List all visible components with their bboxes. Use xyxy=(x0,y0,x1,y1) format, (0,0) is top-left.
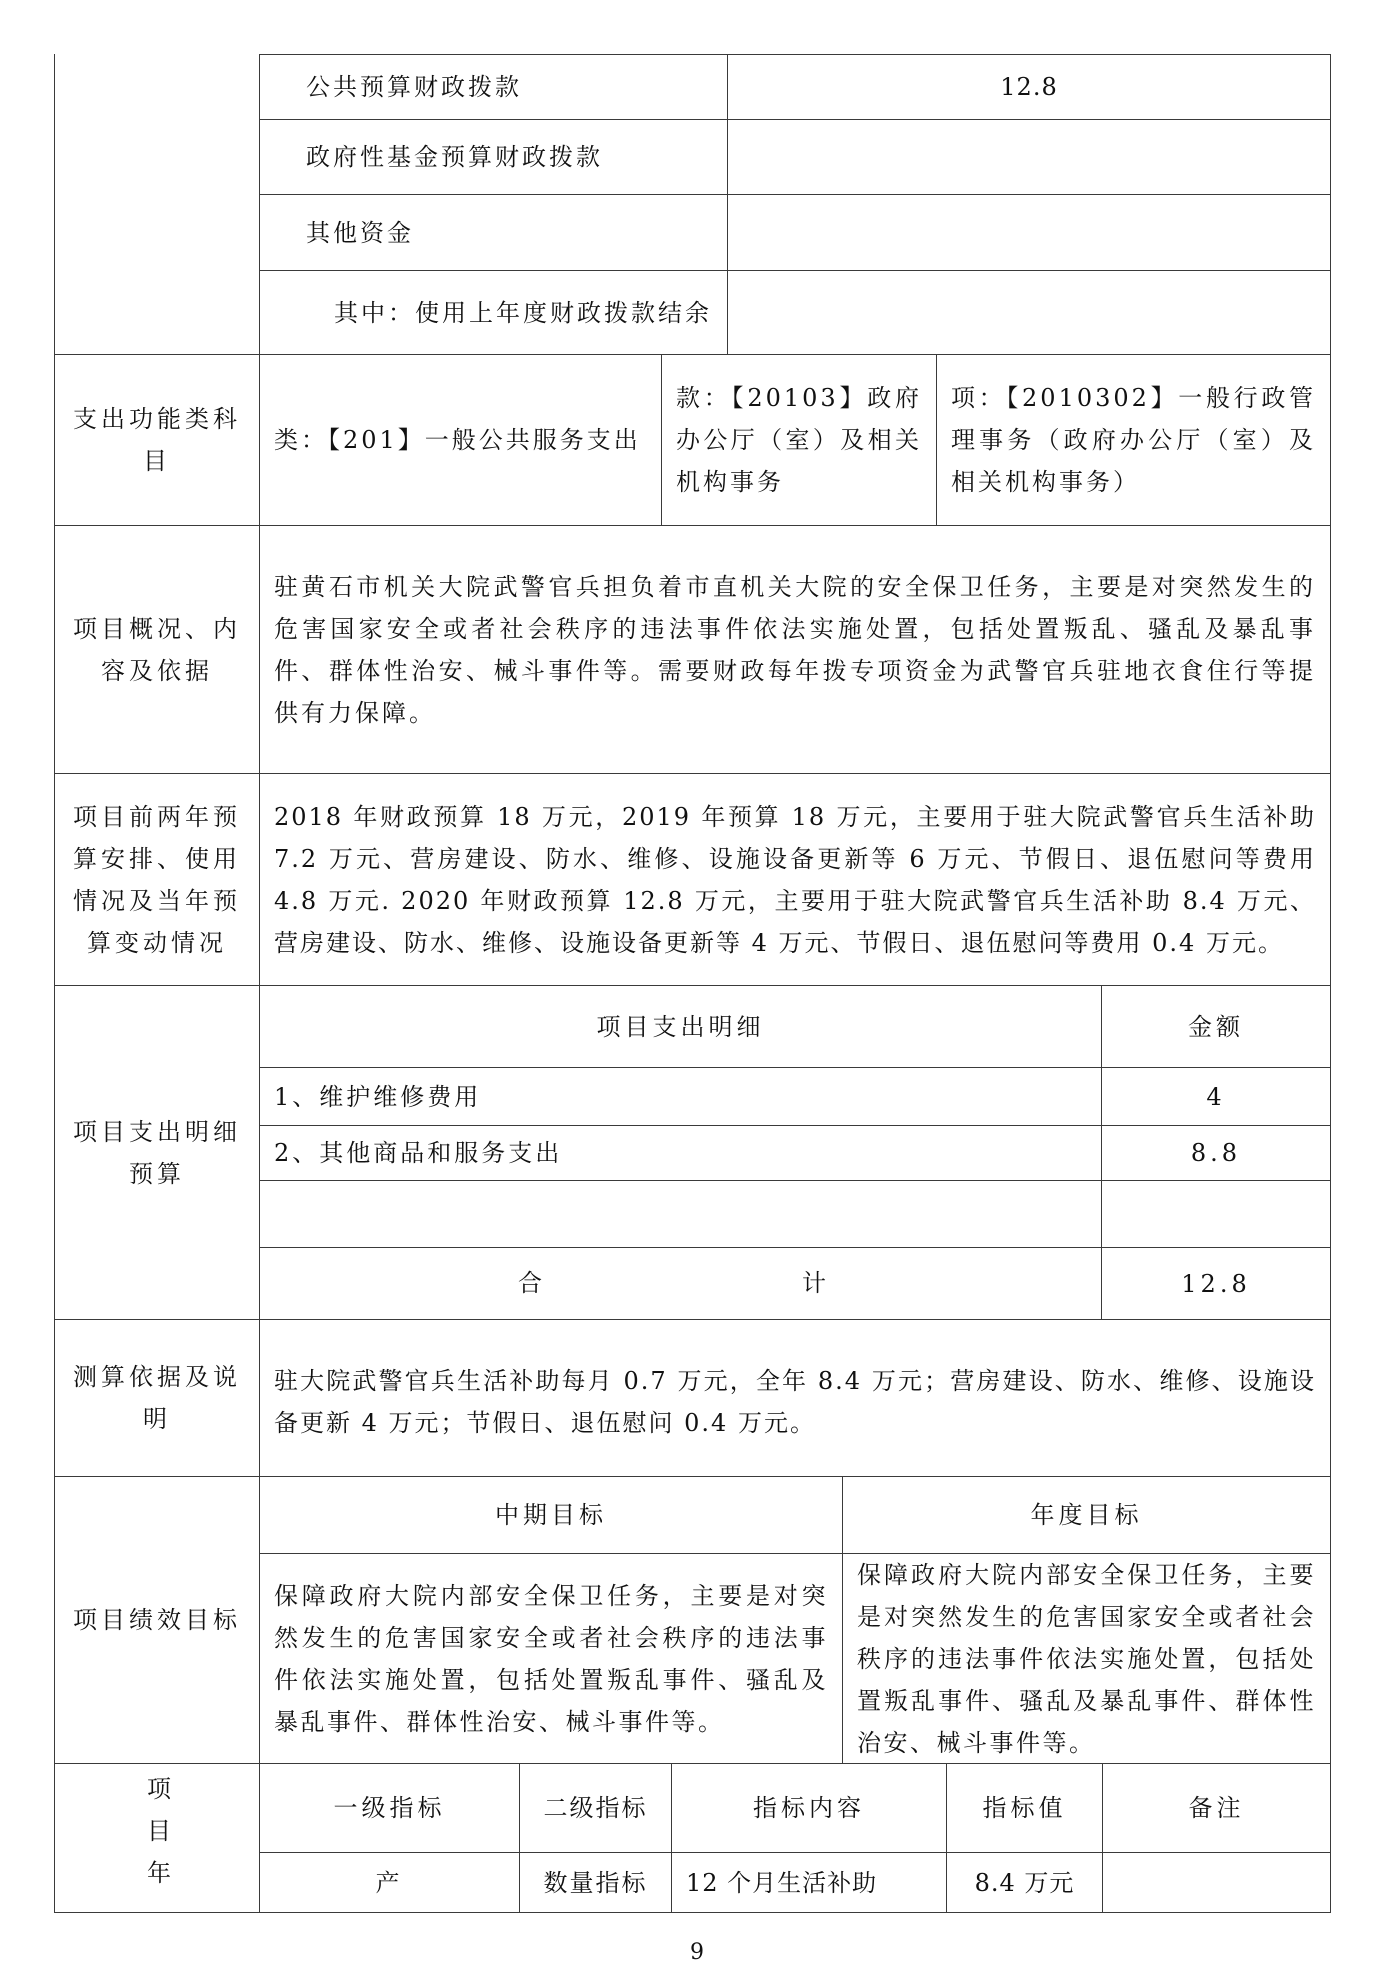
function-category-lei-cell: 类：【201】一般公共服务支出 xyxy=(259,354,662,526)
funding-value: 12.8 xyxy=(1000,66,1057,108)
history-text-cell: 2018 年财政预算 18 万元，2019 年预算 18 万元，主要用于驻大院武… xyxy=(259,773,1331,986)
indicators-header-level2: 二级指标 xyxy=(519,1763,672,1853)
indicators-row-level2: 数量指标 xyxy=(519,1852,672,1913)
header-text: 指标内容 xyxy=(672,1787,946,1829)
expense-row-amount-cell: 4 xyxy=(1101,1067,1331,1126)
funding-row-carryover-value xyxy=(727,270,1331,355)
expense-row-amount-cell xyxy=(1101,1180,1331,1248)
performance-mid-text: 保障政府大院内部安全保卫任务，主要是对突然发生的危害国家安全或者社会秩序的违法事… xyxy=(274,1575,828,1743)
performance-label-cell: 项目绩效目标 xyxy=(54,1476,260,1764)
calculation-label: 测算依据及说明 xyxy=(55,1356,259,1440)
expense-row-item-cell: 2、其他商品和服务支出 xyxy=(259,1125,1102,1181)
funding-label: 公共预算财政拨款 xyxy=(306,66,713,108)
funding-row-carryover-label: 其中：使用上年度财政拨款结余 xyxy=(259,270,728,355)
expense-header-amount-cell: 金额 xyxy=(1101,985,1331,1068)
indicators-row-level1: 产 xyxy=(259,1852,520,1913)
performance-annual-text-cell: 保障政府大院内部安全保卫任务，主要是对突然发生的危害国家安全或者社会秩序的违法事… xyxy=(842,1553,1331,1764)
calculation-text: 驻大院武警官兵生活补助每月 0.7 万元，全年 8.4 万元；营房建设、防水、维… xyxy=(274,1360,1316,1444)
indicators-side-label-3: 年 xyxy=(147,1852,173,1894)
expense-row-amount: 8.8 xyxy=(1102,1132,1330,1174)
expense-header-item: 项目支出明细 xyxy=(260,1006,1101,1048)
indicators-side-label-cell: 项 目 年 xyxy=(54,1763,260,1913)
history-label: 项目前两年预算安排、使用情况及当年预算变动情况 xyxy=(55,796,259,964)
indicators-row-note xyxy=(1102,1852,1331,1913)
performance-annual-text: 保障政府大院内部安全保卫任务，主要是对突然发生的危害国家安全或者社会秩序的违法事… xyxy=(857,1554,1316,1764)
performance-mid-header-cell: 中期目标 xyxy=(259,1476,843,1554)
overview-label-cell: 项目概况、内容及依据 xyxy=(54,525,260,774)
funding-row-gov-fund-label: 政府性基金预算财政拨款 xyxy=(259,119,728,195)
funding-left-cell xyxy=(54,54,260,355)
indicators-header-value: 指标值 xyxy=(946,1763,1103,1853)
indicators-row-value: 8.4 万元 xyxy=(946,1852,1103,1913)
function-category-xiang: 项：【2010302】一般行政管理事务（政府办公厅（室）及相关机构事务） xyxy=(951,377,1316,503)
expense-total-label-left: 合 xyxy=(518,1262,544,1304)
header-text: 备注 xyxy=(1103,1787,1330,1829)
overview-text-cell: 驻黄石市机关大院武警官兵担负着市直机关大院的安全保卫任务，主要是对突然发生的危害… xyxy=(259,525,1331,774)
funding-label: 政府性基金预算财政拨款 xyxy=(306,136,713,178)
function-category-kuan: 款：【20103】政府办公厅（室）及相关机构事务 xyxy=(676,377,922,503)
funding-row-gov-fund-value xyxy=(727,119,1331,195)
function-category-label: 支出功能类科目 xyxy=(55,398,259,482)
indicators-side-label-2: 目 xyxy=(147,1810,173,1852)
expense-total-label-right: 计 xyxy=(802,1262,828,1304)
calculation-text-cell: 驻大院武警官兵生活补助每月 0.7 万元，全年 8.4 万元；营房建设、防水、维… xyxy=(259,1319,1331,1477)
cell-text: 8.4 万元 xyxy=(947,1862,1102,1904)
expense-detail-label-cell: 项目支出明细预算 xyxy=(54,985,260,1320)
expense-total-amount-cell: 12.8 xyxy=(1101,1247,1331,1320)
funding-row-other-label: 其他资金 xyxy=(259,194,728,271)
overview-label: 项目概况、内容及依据 xyxy=(55,608,259,692)
performance-label: 项目绩效目标 xyxy=(55,1599,259,1641)
calculation-label-cell: 测算依据及说明 xyxy=(54,1319,260,1477)
expense-total-amount: 12.8 xyxy=(1102,1263,1330,1305)
performance-mid-text-cell: 保障政府大院内部安全保卫任务，主要是对突然发生的危害国家安全或者社会秩序的违法事… xyxy=(259,1553,843,1764)
indicators-side-label-1: 项 xyxy=(147,1768,173,1810)
expense-header-amount: 金额 xyxy=(1102,1006,1330,1048)
cell-text: 产 xyxy=(260,1862,519,1904)
funding-row-public-budget-label: 公共预算财政拨款 xyxy=(259,54,728,120)
history-text: 2018 年财政预算 18 万元，2019 年预算 18 万元，主要用于驻大院武… xyxy=(274,796,1316,964)
history-label-cell: 项目前两年预算安排、使用情况及当年预算变动情况 xyxy=(54,773,260,986)
funding-row-public-budget-value: 12.8 xyxy=(727,54,1331,120)
page-number: 9 xyxy=(690,1940,704,1965)
cell-text: 数量指标 xyxy=(520,1862,671,1904)
overview-text: 驻黄石市机关大院武警官兵担负着市直机关大院的安全保卫任务，主要是对突然发生的危害… xyxy=(274,566,1316,734)
funding-label: 其他资金 xyxy=(306,212,713,254)
indicators-header-level1: 一级指标 xyxy=(259,1763,520,1853)
header-text: 二级指标 xyxy=(520,1787,671,1829)
expense-row-item-cell: 1、维护维修费用 xyxy=(259,1067,1102,1126)
funding-label: 其中：使用上年度财政拨款结余 xyxy=(274,292,713,334)
header-text: 一级指标 xyxy=(260,1787,519,1829)
performance-annual-header: 年度目标 xyxy=(843,1494,1330,1536)
indicators-header-content: 指标内容 xyxy=(671,1763,947,1853)
expense-detail-label: 项目支出明细预算 xyxy=(55,1111,259,1195)
indicators-row-content: 12 个月生活补助 xyxy=(671,1852,947,1913)
funding-row-other-value xyxy=(727,194,1331,271)
expense-total-label-cell: 合 计 xyxy=(259,1247,1102,1320)
performance-annual-header-cell: 年度目标 xyxy=(842,1476,1331,1554)
expense-row-item-cell xyxy=(259,1180,1102,1248)
expense-row-item: 1、维护维修费用 xyxy=(274,1076,1087,1118)
expense-row-amount-cell: 8.8 xyxy=(1101,1125,1331,1181)
expense-row-amount: 4 xyxy=(1102,1076,1330,1118)
function-category-kuan-cell: 款：【20103】政府办公厅（室）及相关机构事务 xyxy=(661,354,937,526)
performance-mid-header: 中期目标 xyxy=(260,1494,842,1536)
function-category-label-cell: 支出功能类科目 xyxy=(54,354,260,526)
function-category-xiang-cell: 项：【2010302】一般行政管理事务（政府办公厅（室）及相关机构事务） xyxy=(936,354,1331,526)
expense-row-item: 2、其他商品和服务支出 xyxy=(274,1132,1087,1174)
cell-text: 12 个月生活补助 xyxy=(686,1862,932,1904)
function-category-lei: 类：【201】一般公共服务支出 xyxy=(274,419,647,461)
header-text: 指标值 xyxy=(947,1787,1102,1829)
expense-header-item-cell: 项目支出明细 xyxy=(259,985,1102,1068)
indicators-header-note: 备注 xyxy=(1102,1763,1331,1853)
